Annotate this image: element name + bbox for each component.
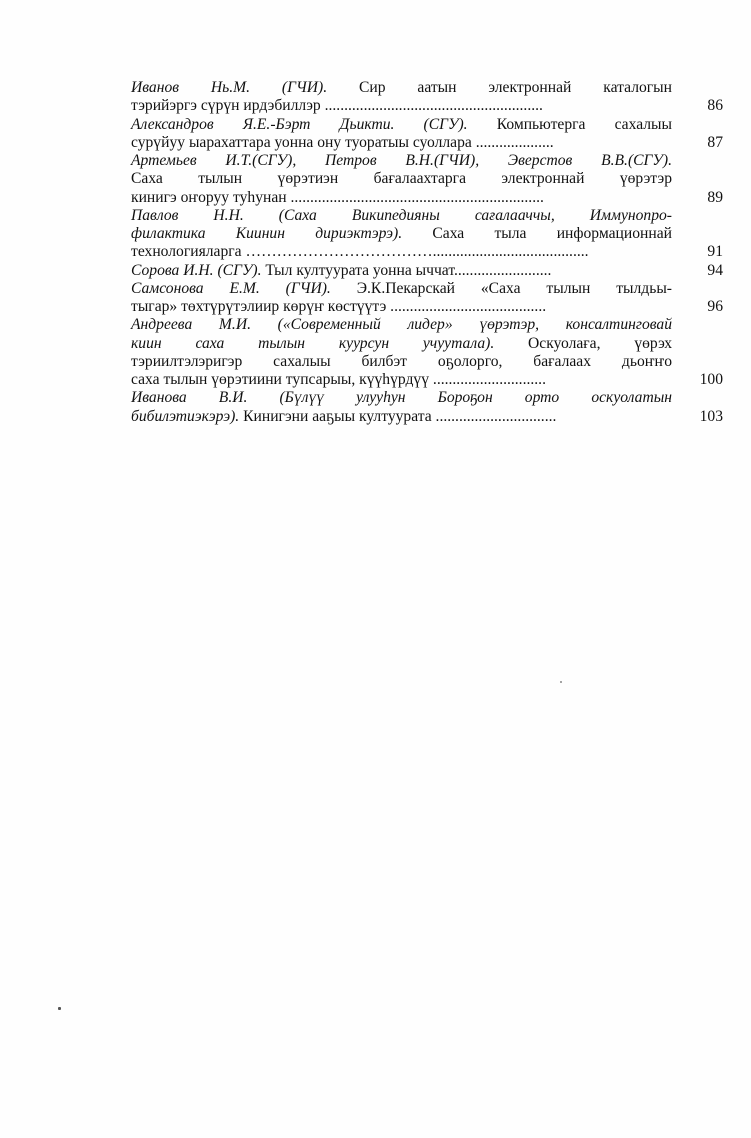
toc-author: Павлов Н.Н. (Саха Википедияны сағалааччы…	[131, 207, 672, 224]
toc-line: саха тылын үөрэтиини тупсарыы, күүһүрдүү…	[131, 371, 672, 389]
toc-entry: Иванов Нь.М. (ГЧИ). Сир аатын электронна…	[131, 79, 723, 116]
toc-line: технологияларга ………………………………............…	[131, 243, 672, 261]
toc-title: Тыл култуурата уонна ыччат..............…	[262, 262, 552, 279]
toc-author: Самсонова Е.М. (ГЧИ).	[131, 280, 331, 297]
toc-title: Саха тыла информационнай	[402, 225, 672, 242]
toc-title: Э.К.Пекарскай «Саха тылын тылдьы-	[331, 280, 672, 297]
toc-author: киин саха тылын куурсун учуутала).	[131, 335, 494, 352]
toc-page-number: 86	[672, 97, 723, 115]
toc-page-number: 103	[672, 408, 723, 426]
toc-entry: Андреева М.И. («Современный лидер» үөрэт…	[131, 316, 723, 389]
toc-line: Саха тылын үөрэтиэн бағалаахтарга электр…	[131, 170, 672, 188]
toc-author: Иванова В.И. (Бүлүү улууһун Бороҕон орто…	[131, 389, 672, 406]
toc-entry-text: Самсонова Е.М. (ГЧИ). Э.К.Пекарскай «Сах…	[131, 280, 672, 317]
toc-title: технологияларга ………………………………............…	[131, 243, 589, 260]
toc-line: тэрийэргэ сүрүн ирдэбиллэр .............…	[131, 97, 672, 115]
toc-line: Иванов Нь.М. (ГЧИ). Сир аатын электронна…	[131, 79, 672, 97]
toc-line: Самсонова Е.М. (ГЧИ). Э.К.Пекарскай «Сах…	[131, 280, 672, 298]
toc-author: бибилэтиэкэрэ).	[131, 408, 239, 425]
toc-line: тэриилтэлэригэр сахалыы билбэт оҕолорго,…	[131, 353, 672, 371]
toc-line: Александров Я.Е.-Бэрт Дьикти. (СГУ). Ком…	[131, 116, 672, 134]
toc-author: Андреева М.И. («Современный лидер» үөрэт…	[131, 316, 672, 333]
toc-entry-text: Иванова В.И. (Бүлүү улууһун Бороҕон орто…	[131, 389, 672, 426]
toc-entry-text: Иванов Нь.М. (ГЧИ). Сир аатын электронна…	[131, 79, 672, 116]
toc-title: Кинигэни ааҕыы култуурата ..............…	[239, 408, 556, 425]
toc-title: Оскуолаға, үөрэх	[494, 335, 672, 352]
toc-title: тэрийэргэ сүрүн ирдэбиллэр .............…	[131, 97, 543, 114]
toc-entry-text: Артемьев И.Т.(СГУ), Петров В.Н.(ГЧИ), Эв…	[131, 152, 672, 207]
toc-page-number: 94	[672, 262, 723, 280]
toc-author: Александров Я.Е.-Бэрт Дьикти. (СГУ).	[131, 116, 468, 133]
toc-author: Артемьев И.Т.(СГУ), Петров В.Н.(ГЧИ), Эв…	[131, 152, 672, 169]
toc-author: Иванов Нь.М. (ГЧИ).	[131, 79, 327, 96]
toc-author: филактика Киинин дириэктэрэ).	[131, 225, 402, 242]
toc-line: Иванова В.И. (Бүлүү улууһун Бороҕон орто…	[131, 389, 672, 407]
toc-title: саха тылын үөрэтиини тупсарыы, күүһүрдүү…	[131, 371, 546, 388]
toc-line: кинигэ оҥоруу туһунан ..................…	[131, 189, 672, 207]
toc-entry-text: Андреева М.И. («Современный лидер» үөрэт…	[131, 316, 672, 389]
toc-entry-text: Сорова И.Н. (СГУ). Тыл култуурата уонна …	[131, 262, 672, 280]
toc-page-number: 89	[672, 189, 723, 207]
scan-speck	[560, 681, 562, 683]
toc-entry: Павлов Н.Н. (Саха Википедияны сағалааччы…	[131, 207, 723, 262]
toc-title: Саха тылын үөрэтиэн бағалаахтарга электр…	[131, 170, 672, 187]
toc-line: Павлов Н.Н. (Саха Википедияны сағалааччы…	[131, 207, 672, 225]
toc-title: Сир аатын электроннай каталогын	[327, 79, 672, 96]
toc-entry: Иванова В.И. (Бүлүү улууһун Бороҕон орто…	[131, 389, 723, 426]
scan-speck	[58, 1007, 61, 1010]
toc-line: сурүйуу ыарахаттара уонна ону туоратыы с…	[131, 134, 672, 152]
toc-title: кинигэ оҥоруу туһунан ..................…	[131, 189, 544, 206]
toc-line: Сорова И.Н. (СГУ). Тыл култуурата уонна …	[131, 262, 672, 280]
toc-title: тыгар» төхтүрүтэлиир көрүҥ көстүүтэ ....…	[131, 298, 546, 315]
toc-line: тыгар» төхтүрүтэлиир көрүҥ көстүүтэ ....…	[131, 298, 672, 316]
document-page: Иванов Нь.М. (ГЧИ). Сир аатын электронна…	[0, 0, 751, 1138]
toc-line: филактика Киинин дириэктэрэ). Саха тыла …	[131, 225, 672, 243]
toc-entry-text: Павлов Н.Н. (Саха Википедияны сағалааччы…	[131, 207, 672, 262]
toc-entry: Артемьев И.Т.(СГУ), Петров В.Н.(ГЧИ), Эв…	[131, 152, 723, 207]
toc-line: Андреева М.И. («Современный лидер» үөрэт…	[131, 316, 672, 334]
toc-page-number: 100	[672, 371, 723, 389]
toc-entry: Сорова И.Н. (СГУ). Тыл култуурата уонна …	[131, 262, 723, 280]
toc-page-number: 91	[672, 243, 723, 261]
toc-line: Артемьев И.Т.(СГУ), Петров В.Н.(ГЧИ), Эв…	[131, 152, 672, 170]
toc-entry: Александров Я.Е.-Бэрт Дьикти. (СГУ). Ком…	[131, 116, 723, 153]
toc-title: тэриилтэлэригэр сахалыы билбэт оҕолорго,…	[131, 353, 672, 370]
toc-author: Сорова И.Н. (СГУ).	[131, 262, 262, 279]
toc-page-number: 87	[672, 134, 723, 152]
table-of-contents: Иванов Нь.М. (ГЧИ). Сир аатын электронна…	[131, 79, 723, 426]
toc-line: киин саха тылын куурсун учуутала). Оскуо…	[131, 335, 672, 353]
toc-title: сурүйуу ыарахаттара уонна ону туоратыы с…	[131, 134, 554, 151]
toc-line: бибилэтиэкэрэ). Кинигэни ааҕыы култуурат…	[131, 408, 672, 426]
toc-title: Компьютерга сахалыы	[468, 116, 672, 133]
toc-entry-text: Александров Я.Е.-Бэрт Дьикти. (СГУ). Ком…	[131, 116, 672, 153]
toc-entry: Самсонова Е.М. (ГЧИ). Э.К.Пекарскай «Сах…	[131, 280, 723, 317]
toc-page-number: 96	[672, 298, 723, 316]
